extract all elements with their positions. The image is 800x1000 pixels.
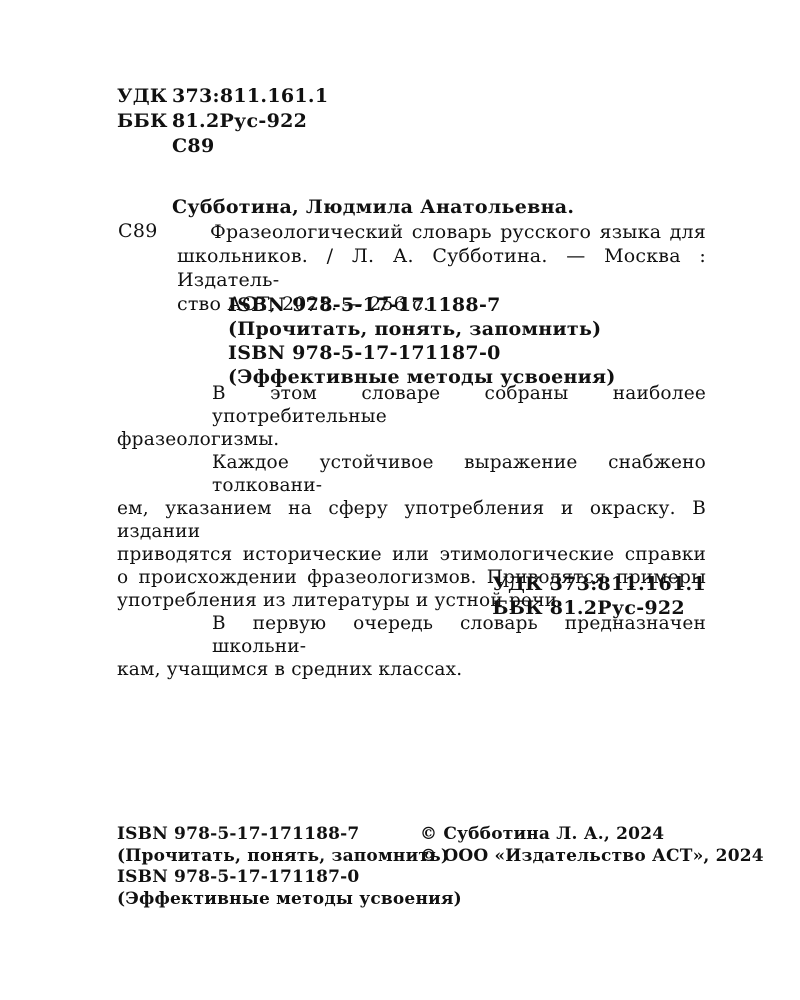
catalog-card-code: С89 [118,220,158,242]
udk-row: УДК373:811.161.1 [117,84,328,109]
text-line: УДК 373:811.161.1 [492,572,706,596]
text-line: кам, учащимся в средних классах. [117,658,706,681]
text-line: В этом словаре собраны наиболее употреби… [117,382,706,428]
text-line: (Прочитать, понять, запомнить) [117,846,462,868]
text-line: © Субботина Л. А., 2024 [420,824,764,846]
text-line: © ООО «Издательство АСТ», 2024 [420,846,764,868]
udk-value: 373:811.161.1 [172,85,328,107]
author-code: С89 [172,135,214,157]
footer-isbn-block: ISBN 978-5-17-171188-7(Прочитать, понять… [117,824,462,910]
classification-block: УДК373:811.161.1 ББК81.2Рус-922 С89 [117,84,328,159]
text-line: ISBN 978-5-17-171187-0 [228,341,616,365]
text-line: ISBN 978-5-17-171188-7 [117,824,462,846]
bbk-row: ББК81.2Рус-922 [117,109,328,134]
text-line: Каждое устойчивое выражение снабжено тол… [117,451,706,497]
text-line: ем, указанием на сферу употребления и ок… [117,497,706,543]
text-line: (Прочитать, понять, запомнить) [228,317,616,341]
text-line: ISBN 978-5-17-171187-0 [117,867,462,889]
text-line: фразеологизмы. [117,428,706,451]
text-line: Фразеологический словарь русского языка … [177,220,706,244]
udk-label: УДК [117,84,172,109]
copyright-page: УДК373:811.161.1 ББК81.2Рус-922 С89 Субб… [0,0,800,1000]
text-line: школьников. / Л. А. Субботина. — Москва … [177,244,706,292]
text-line: (Эффективные методы усвоения) [117,889,462,911]
isbn-block: ISBN 978-5-17-171188-7(Прочитать, понять… [228,293,616,389]
annotation: В этом словаре собраны наиболее употреби… [117,382,706,681]
author-heading: Субботина, Людмила Анатольевна. [172,196,574,218]
text-line: ББК 81.2Рус-922 [492,596,706,620]
text-line: ISBN 978-5-17-171188-7 [228,293,616,317]
text-line: приводятся исторические или этимологичес… [117,543,706,566]
bbk-label: ББК [117,109,172,134]
footer-copyright-block: © Субботина Л. А., 2024© ООО «Издательст… [420,824,764,867]
bbk-value: 81.2Рус-922 [172,110,307,132]
classification-block-right: УДК 373:811.161.1ББК 81.2Рус-922 [492,572,706,620]
author-code-row: С89 [117,134,328,159]
